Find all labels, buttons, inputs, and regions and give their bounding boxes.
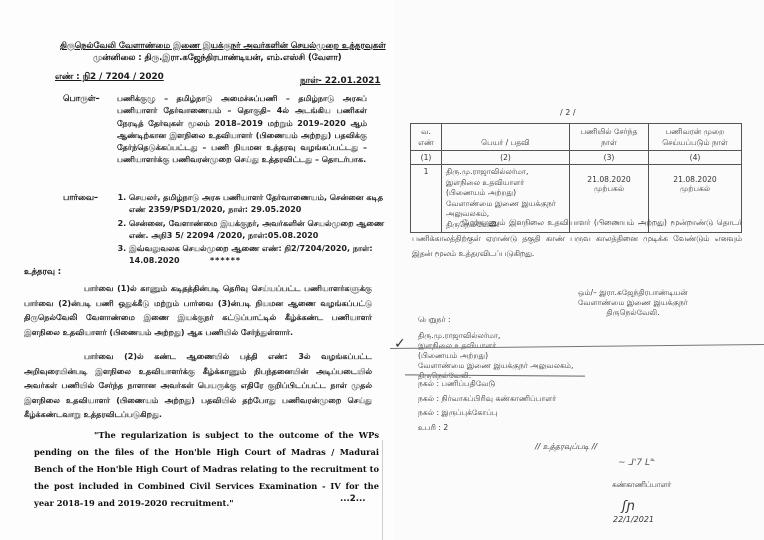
office-header: திருநெல்வேலி வேளாண்மை இணை இயக்குநர் அவர்… bbox=[60, 40, 386, 52]
index-cell: (4) bbox=[649, 151, 742, 165]
joined-session: முற்பகல் bbox=[574, 184, 644, 194]
regularized-date: 21.08.2020 bbox=[653, 175, 737, 184]
references-list: செயலர், தமிழ்நாடு அரசு பணியாளர் தேர்வாணை… bbox=[115, 192, 387, 269]
joined-date: 21.08.2020 bbox=[574, 175, 644, 184]
copy-item: நகல் : நிர்வாகப்பிரிவு கண்காணிப்பாளர் bbox=[418, 392, 556, 407]
table-header-row: வ. எண் பெயர் / பதவி பணியில் சேர்ந்த நாள்… bbox=[411, 124, 742, 151]
order-paragraph-1: பார்வை (1)ல் காணும் கடிதத்தின்படி தெரிவு… bbox=[24, 282, 372, 340]
references-label: பார்வை– bbox=[63, 192, 98, 204]
reference-item: இவ்வலுவலக செயல்முறை ஆணை எண்: நி2/7204/20… bbox=[129, 243, 387, 268]
recipient-label: பெறுநர் : bbox=[418, 315, 451, 325]
presiding-officer-line: முன்னிலை : திரு.இரா.கஜேந்திரபாண்டியன், எ… bbox=[93, 52, 342, 64]
copy-item: உபரி : 2 bbox=[418, 421, 556, 436]
recipient-post-detail: (பிணையம் அற்றது) bbox=[418, 351, 573, 361]
copy-item: நகல் : இருப்புக்கோப்பு bbox=[418, 406, 556, 421]
regularized-session: முற்பகல் bbox=[653, 184, 737, 194]
page-number: / 2 / bbox=[560, 108, 576, 117]
signatory-place: திருநெல்வேலி. bbox=[578, 308, 688, 318]
index-cell: (3) bbox=[570, 151, 649, 165]
col-regularized-header: பணிவரன் முறை செய்யப்படும் நாள் bbox=[649, 124, 742, 151]
order-page-1: திருநெல்வேலி வேளாண்மை இணை இயக்குநர் அவர்… bbox=[0, 0, 395, 540]
order-paragraph-2: பார்வை (2)ல் கண்ட ஆணையில் பத்தி எண்: 3ல்… bbox=[24, 350, 372, 423]
index-cell: (1) bbox=[411, 151, 442, 165]
reference-item: சென்னை, வேளாண்மை இயக்குநர், அவர்களின் செ… bbox=[129, 218, 387, 243]
employee-post: இளநிலை உதவியாளர் (பிணையம் அற்றது) bbox=[446, 178, 565, 199]
table-index-row: (1) (2) (3) (4) bbox=[411, 151, 742, 165]
handwritten-date: 22/1/2021 bbox=[613, 515, 654, 524]
continued-marker: ...2... bbox=[340, 494, 366, 504]
page-fold-edge bbox=[382, 440, 383, 540]
subject-text: பணிக்குழு – தமிழ்நாடு அமைச்சுப்பணி – தமி… bbox=[117, 93, 367, 167]
true-copy-stamp: // உத்தரவுப்படி // bbox=[535, 442, 597, 452]
order-date: நாள்- 22.01.2021 bbox=[300, 76, 381, 87]
reference-number: எண் : நி2 / 7204 / 2020 bbox=[55, 72, 164, 83]
col-serial-header: வ. எண் bbox=[411, 124, 442, 151]
tick-mark-icon: ✓ bbox=[394, 336, 406, 352]
col-joined-header: பணியில் சேர்ந்த நாள் bbox=[570, 124, 649, 151]
employee-name: திரு.மு.ராஜாவில்லர்மா, bbox=[446, 167, 565, 178]
signatory-designation: வேளாண்மை இணை இயக்குநர் bbox=[578, 298, 688, 308]
section-separator: ****** bbox=[210, 256, 241, 265]
superintendent-title: கண்காணிப்பாளர் bbox=[612, 480, 671, 490]
copy-to-list: நகல் : பணிப்பதிவேடு நகல் : நிர்வாகப்பிரி… bbox=[418, 377, 556, 435]
recipient-office: வேளாண்மை இணை இயக்குநர் அலுவலகம், bbox=[418, 361, 573, 371]
handwritten-signature: ~ ᒧ'7 ᒪᓐ bbox=[618, 458, 655, 468]
recipient-address: திரு.மு.ராஜாவில்லர்மா, இளநிலை உதவியாளர் … bbox=[418, 331, 573, 381]
subject-label: பொருள்– bbox=[63, 93, 100, 105]
reference-item: செயலர், தமிழ்நாடு அரசு பணியாளர் தேர்வாணை… bbox=[129, 192, 387, 217]
order-label: உத்தரவு : bbox=[24, 266, 61, 278]
signatory-name: ஒம்/– இரா.கஜேந்திரபாண்டியன் bbox=[578, 288, 688, 298]
col-name-header: பெயர் / பதவி bbox=[442, 124, 570, 151]
copy-item: நகல் : பணிப்பதிவேடு bbox=[418, 377, 556, 392]
signature-block: ஒம்/– இரா.கஜேந்திரபாண்டியன் வேளாண்மை இணை… bbox=[578, 288, 688, 318]
regularization-condition: "The regularization is subject to the ou… bbox=[34, 427, 379, 512]
recipient-name: திரு.மு.ராஜாவில்லர்மா, bbox=[418, 331, 573, 341]
probation-paragraph: மேற்காணும் இளநிலை உதவியாளர் (பிணையம் அற்… bbox=[412, 215, 742, 262]
index-cell: (2) bbox=[442, 151, 570, 165]
order-page-2 bbox=[395, 0, 764, 540]
handwritten-initial: ʃɲ bbox=[622, 499, 635, 514]
